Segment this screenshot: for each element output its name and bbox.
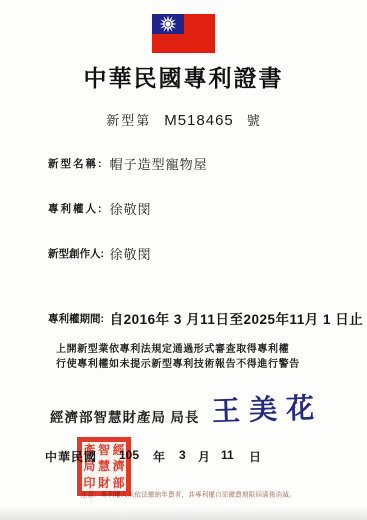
date-year-unit: 年 xyxy=(153,448,165,465)
seal-character: 局 xyxy=(82,458,97,474)
certificate-number-line: 新型第M518465號 xyxy=(0,110,367,129)
field-row-utility-model-name: 新型名稱: 帽子造型寵物屋 xyxy=(48,154,208,173)
notice-line-2: 行使專利權如未提示新型專利技術報告不得進行警告 xyxy=(56,357,300,372)
flag-canton xyxy=(152,14,184,34)
date-day-unit: 日 xyxy=(249,448,261,465)
certificate-number-suffix: 號 xyxy=(247,113,261,128)
certificate-title: 中華民國專利證書 xyxy=(0,60,367,93)
patent-term-value: 自2016年 3 月11日至2025年11月 1 日止 xyxy=(110,312,364,327)
white-sun-icon xyxy=(158,14,178,34)
seal-character: 部 xyxy=(111,475,126,491)
legal-notice: 上開新型業依專利法規定通過形式審查取得專利權 行使專利權如未提示新型專利技術報告… xyxy=(56,342,300,372)
field-label: 新型創作人: xyxy=(48,246,106,261)
seal-character: 智 xyxy=(97,442,112,458)
director-general-signature: 王美花 xyxy=(211,386,323,430)
field-value: 徐敬閔 xyxy=(110,202,152,217)
field-value: 徐敬閔 xyxy=(110,247,152,262)
official-seal: 產 智 經 局 慧 濟 印 財 部 xyxy=(77,437,131,496)
seal-character: 財 xyxy=(97,475,112,491)
field-value: 帽子造型寵物屋 xyxy=(110,157,208,172)
seal-character: 濟 xyxy=(111,458,126,474)
date-day: 11 xyxy=(221,448,234,462)
seal-character: 慧 xyxy=(97,458,112,474)
patent-certificate-page: 中華民國專利證書 新型第M518465號 新型名稱: 帽子造型寵物屋 專利權人:… xyxy=(0,0,367,520)
field-label: 專利權期間: xyxy=(48,311,106,326)
issuing-office-title: 經濟部智慧財產局 局長 xyxy=(50,406,199,426)
scan-shadow xyxy=(0,506,367,520)
seal-character: 經 xyxy=(111,442,126,458)
field-row-creator: 新型創作人: 徐敬閔 xyxy=(48,244,152,263)
field-row-patent-term: 專利權期間: 自2016年 3 月11日至2025年11月 1 日止 xyxy=(48,308,363,328)
notice-line-1: 上開新型業依專利法規定通過形式審查取得專利權 xyxy=(56,342,300,357)
certificate-type-prefix: 新型第 xyxy=(106,113,151,128)
issue-date-line: 中華民國 105 年 3 月 11 日 xyxy=(0,448,367,464)
certificate-number: M518465 xyxy=(164,112,234,129)
field-label: 新型名稱: xyxy=(48,156,106,171)
date-month: 3 xyxy=(179,448,186,462)
field-row-patentee: 專利權人: 徐敬閔 xyxy=(48,199,152,218)
roc-flag xyxy=(152,14,215,53)
seal-character: 印 xyxy=(82,475,97,491)
seal-character: 產 xyxy=(82,442,97,458)
date-month-unit: 月 xyxy=(198,448,210,465)
field-label: 專利權人: xyxy=(48,201,106,216)
